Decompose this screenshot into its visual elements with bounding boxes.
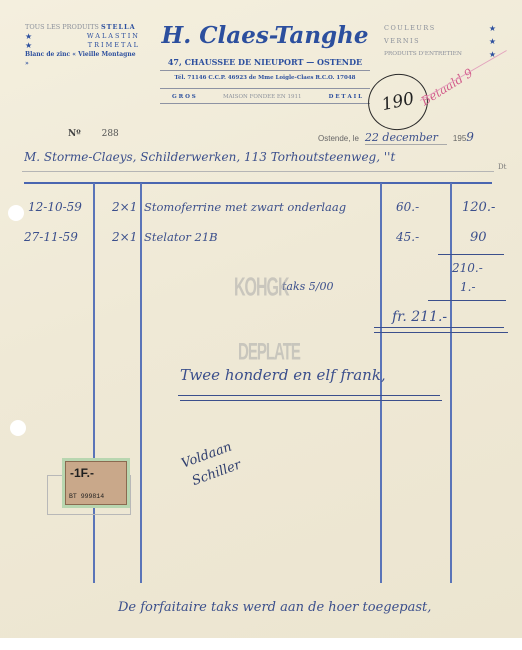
subtotal-rule	[438, 254, 504, 255]
company-address: 47, CHAUSSEE DE NIEUPORT — OSTENDE	[160, 57, 370, 67]
vernis-line: VERNIS ★	[384, 35, 496, 48]
item-qty: 2×1	[112, 200, 137, 214]
customer-underline	[22, 171, 494, 172]
tax-amount: 1.-	[460, 280, 476, 294]
star-icon: ★	[25, 32, 32, 41]
couleurs-line: COULEURS ★	[384, 22, 496, 35]
brand-stella: STELLA	[101, 23, 136, 31]
company-name: H. Claes-Tanghe	[160, 22, 370, 49]
item-description: Stomoferrine met zwart onderlaag	[144, 200, 346, 214]
star-icon: ★	[489, 22, 496, 35]
header-rule-3	[160, 103, 370, 104]
date-row: Ostende, le 22 december 195 9	[318, 130, 474, 145]
total-underline-1	[374, 327, 504, 328]
dt-label: Dt	[498, 163, 506, 171]
line-item-row-2: 27-11-59 2×1 Stelator 21B 45.- 90	[24, 230, 492, 248]
subtotal: 210.-	[452, 261, 483, 275]
words-underline-2	[180, 400, 442, 401]
products-line: TOUS LES PRODUITS STELLA	[25, 23, 140, 32]
item-description: Stelator 21B	[144, 230, 218, 244]
footer-note: De forfaitaire taks werd aan de hoer toe…	[118, 600, 431, 615]
invoice-number-row: Nº 288	[68, 129, 119, 139]
invoice-number: 288	[102, 129, 119, 139]
year-prefix: 195	[453, 134, 466, 143]
total-rule	[428, 300, 506, 301]
customer-name: M. Storme-Claeys, Schilderwerken, 113 To…	[24, 150, 494, 164]
invoice-paper: TOUS LES PRODUITS STELLA ★ WALASTIN ★ TR…	[0, 0, 522, 638]
item-date: 12-10-59	[28, 200, 82, 214]
words-underline-1	[178, 395, 440, 396]
item-qty: 2×1	[112, 230, 137, 244]
company-contact: Tél. 71146 C.C.P. 46923 de Mme Loigle-Cl…	[160, 75, 370, 81]
star-icon: ★	[489, 35, 496, 48]
header-rule-2	[160, 88, 370, 89]
trimetal-line: ★ TRIMETAL	[25, 41, 140, 50]
trade-line: G R O S MAISON FONDEE EN 1911 D E T A I …	[172, 94, 362, 100]
line-item-row-1: 12-10-59 2×1 Stomoferrine met zwart onde…	[24, 200, 492, 218]
amount-in-words: Twee honderd en elf frank,	[180, 366, 386, 384]
item-amount: 120.-	[462, 200, 495, 215]
stamp-value: -1F.-	[70, 466, 94, 480]
number-label: Nº	[68, 129, 81, 139]
stamp-serial: BT 999814	[69, 493, 104, 500]
punch-hole-bottom	[10, 420, 26, 436]
detail-label: D E T A I L	[329, 94, 362, 100]
punch-hole-top	[8, 205, 24, 221]
walastin-line: ★ WALASTIN	[25, 32, 140, 41]
letterhead-right: COULEURS ★ VERNIS ★ PRODUITS D'ENTRETIEN…	[384, 22, 496, 61]
grand-total: fr. 211.-	[392, 309, 447, 325]
handwritten-date: 22 december	[365, 131, 447, 145]
item-unit-price: 45.-	[396, 230, 419, 244]
produits-line: PRODUITS D'ENTRETIEN ★	[384, 48, 496, 61]
item-unit-price: 60.-	[396, 200, 419, 214]
signature: Voldaan Schiller	[179, 437, 244, 493]
letterhead-left: TOUS LES PRODUITS STELLA ★ WALASTIN ★ TR…	[25, 23, 140, 68]
tax-note: taks 5/00	[282, 280, 334, 293]
total-underline-2	[374, 332, 508, 333]
fiscal-stamp: -1F.- BT 999814	[62, 458, 130, 508]
header-rule-1	[160, 70, 370, 71]
zinc-line: Blanc de zinc « Vieille Montagne »	[25, 50, 140, 68]
item-date: 27-11-59	[24, 230, 78, 244]
watermark-top: KOHGK	[234, 275, 289, 304]
watermark-bottom: DEPLATE	[238, 339, 300, 366]
place-label: Ostende, le	[318, 134, 359, 143]
item-amount: 90	[470, 230, 487, 245]
year-suffix: 9	[466, 130, 474, 144]
star-icon: ★	[25, 41, 32, 50]
founded-label: MAISON FONDEE EN 1911	[223, 94, 302, 100]
gros-label: G R O S	[172, 94, 196, 100]
